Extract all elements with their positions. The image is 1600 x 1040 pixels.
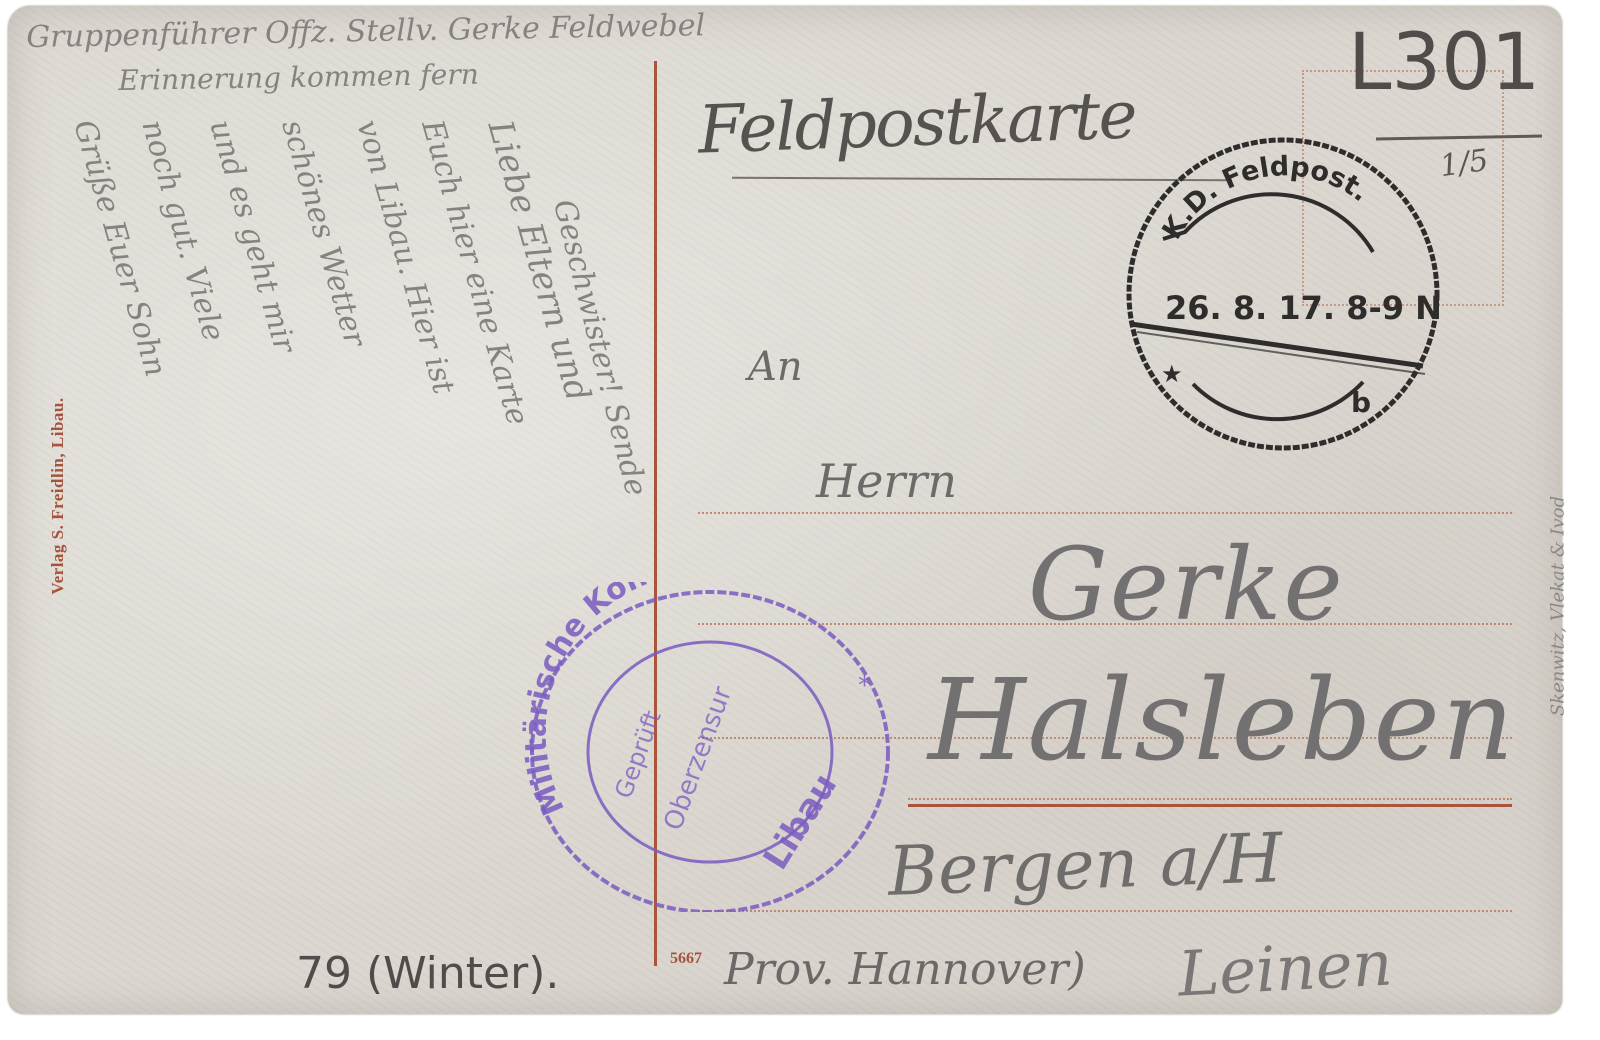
svg-text:K.D. Feldpost.: K.D. Feldpost. [1156, 151, 1375, 245]
publisher-imprint: Verlag S. Freidlin, Libau. [48, 397, 68, 594]
postmark-star: ★ [1161, 360, 1183, 388]
recipient-province-tail: Leinen [1176, 926, 1394, 1010]
censor-stamp: Militärische Kontrolle Libau * Geprüft O… [520, 582, 900, 912]
inventory-number: L301 [1348, 18, 1540, 108]
postmark-top-text: K.D. Feldpost. [1156, 151, 1375, 245]
address-line-4-dotted [908, 798, 1512, 800]
recipient-town: Halsleben [928, 656, 1516, 786]
censor-city: Libau [756, 767, 845, 877]
message-line: Erinnerung kommen fern [118, 58, 479, 97]
address-title: Herrn [816, 454, 957, 508]
censor-inner-text-1: Geprüft [609, 707, 666, 802]
recipient-name: Gerke [1028, 526, 1345, 643]
feldpost-postmark: K.D. Feldpost. 26. 8. 17. 8-9 N b ★ [1123, 134, 1443, 454]
archive-note: 79 (Winter). [296, 948, 559, 999]
recipient-province: Prov. Hannover) [724, 944, 1086, 995]
address-salutation: An [748, 344, 803, 390]
watermark: zudusi Latvija [1352, 1012, 1505, 1031]
feldpostkarte-heading: Feldpostkarte [697, 76, 1137, 168]
postcard: Verlag S. Freidlin, Libau. 5667 Gruppenf… [8, 6, 1562, 1014]
message-line: Gruppenführer Offz. Stellv. Gerke Feldwe… [26, 8, 705, 55]
card-number: 5667 [670, 950, 702, 968]
postmark-date: 26. 8. 17. 8-9 N [1165, 289, 1442, 327]
inventory-subnumber: 1/5 [1438, 143, 1491, 184]
margin-note: Skenwitz, Vlekat & Ivod [1548, 496, 1569, 716]
recipient-district: Bergen a/H [887, 819, 1284, 912]
censor-inner-text-2: Oberzensur [658, 682, 738, 834]
postmark-office-letter: b [1351, 386, 1371, 419]
censor-star: * [858, 671, 871, 701]
address-line-1 [698, 512, 1512, 514]
address-underline [908, 804, 1512, 807]
